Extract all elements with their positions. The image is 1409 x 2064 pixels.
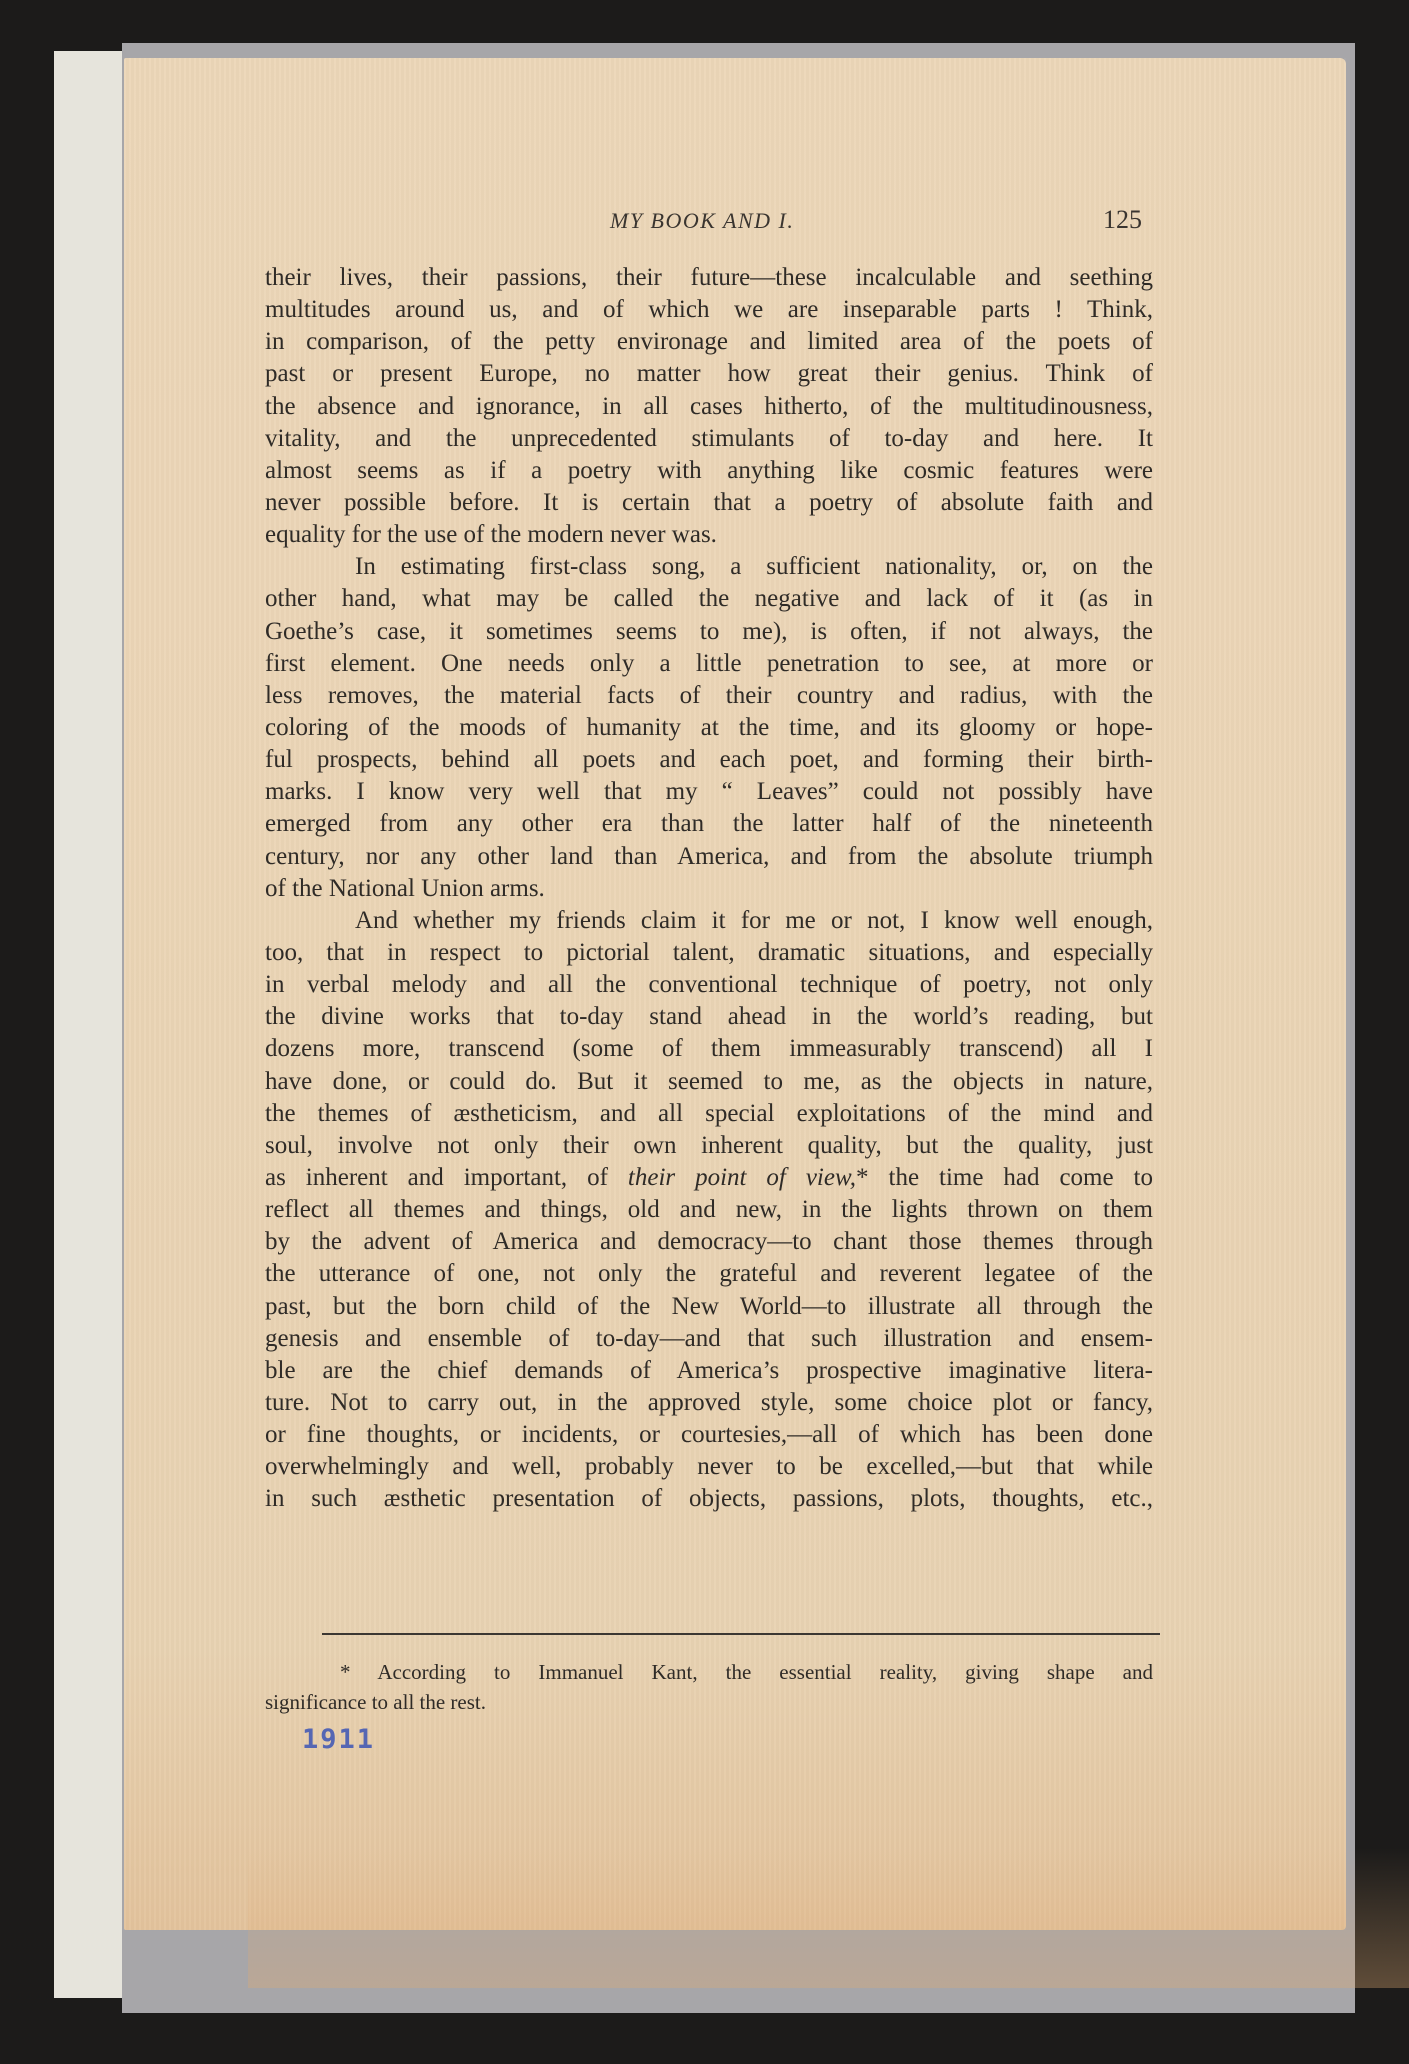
text-fragment: as inherent and important, of — [265, 1164, 628, 1191]
text-line: the utterance of one, not only the grate… — [265, 1258, 1153, 1290]
page-number: 125 — [1103, 205, 1142, 235]
text-line: in such æsthetic presentation of objects… — [265, 1483, 1153, 1515]
text-line: coloring of the moods of humanity at the… — [265, 712, 1153, 744]
text-line: first element. One needs only a little p… — [265, 648, 1153, 680]
date-stamp: 1911 — [302, 1724, 375, 1755]
text-line: reflect all themes and things, old and n… — [265, 1194, 1153, 1226]
footnote-reference: * the time had come to — [856, 1164, 1153, 1191]
footnote-line: significance to all the rest. — [265, 1687, 1153, 1717]
text-line: multitudes around us, and of which we ar… — [265, 294, 1153, 326]
text-line: marks. I know very well that my “ Leaves… — [265, 776, 1153, 808]
footnote-line: * According to Immanuel Kant, the essent… — [265, 1657, 1153, 1687]
mount-strip — [54, 51, 124, 1998]
footnote-rule — [322, 1633, 1160, 1635]
text-line: the absence and ignorance, in all cases … — [265, 391, 1153, 423]
text-line: the themes of æstheticism, and all speci… — [265, 1098, 1153, 1130]
text-line: soul, involve not only their own inheren… — [265, 1130, 1153, 1162]
text-line: emerged from any other era than the latt… — [265, 808, 1153, 840]
text-line: have done, or could do. But it seemed to… — [265, 1066, 1153, 1098]
text-line: never possible before. It is certain tha… — [265, 487, 1153, 519]
text-line: And whether my friends claim it for me o… — [265, 905, 1153, 937]
text-line: In estimating first-class song, a suffic… — [265, 551, 1153, 583]
text-line: almost seems as if a poetry with anythin… — [265, 455, 1153, 487]
text-line: overwhelmingly and well, probably never … — [265, 1451, 1153, 1483]
text-line: past or present Europe, no matter how gr… — [265, 358, 1153, 390]
text-line: genesis and ensemble of to-day—and that … — [265, 1323, 1153, 1355]
text-line: or fine thoughts, or incidents, or court… — [265, 1419, 1153, 1451]
text-line: the divine works that to-day stand ahead… — [265, 1001, 1153, 1033]
text-line: in comparison, of the petty environage a… — [265, 326, 1153, 358]
text-line: dozens more, transcend (some of them imm… — [265, 1033, 1153, 1065]
text-line: their lives, their passions, their futur… — [265, 262, 1153, 294]
text-line: of the National Union arms. — [265, 873, 1153, 905]
text-line: by the advent of America and democracy—t… — [265, 1226, 1153, 1258]
text-line: Goethe’s case, it sometimes seems to me)… — [265, 616, 1153, 648]
footnote: * According to Immanuel Kant, the essent… — [265, 1657, 1153, 1717]
text-line: equality for the use of the modern never… — [265, 519, 1153, 551]
text-line: too, that in respect to pictorial talent… — [265, 937, 1153, 969]
text-line: ture. Not to carry out, in the approved … — [265, 1387, 1153, 1419]
text-line: less removes, the material facts of thei… — [265, 680, 1153, 712]
text-line: ful prospects, behind all poets and each… — [265, 744, 1153, 776]
text-line: in verbal melody and all the conventiona… — [265, 969, 1153, 1001]
text-line: other hand, what may be called the negat… — [265, 583, 1153, 615]
page-stain — [248, 1848, 1409, 1988]
text-line-with-italic: as inherent and important, of their poin… — [265, 1162, 1153, 1194]
body-text: their lives, their passions, their futur… — [265, 262, 1153, 1515]
text-line: past, but the born child of the New Worl… — [265, 1291, 1153, 1323]
text-line: vitality, and the unprecedented stimulan… — [265, 423, 1153, 455]
text-line: ble are the chief demands of America’s p… — [265, 1355, 1153, 1387]
italic-phrase: their point of view, — [628, 1164, 856, 1191]
text-line: century, nor any other land than America… — [265, 841, 1153, 873]
running-head: MY BOOK AND I. — [610, 208, 794, 234]
